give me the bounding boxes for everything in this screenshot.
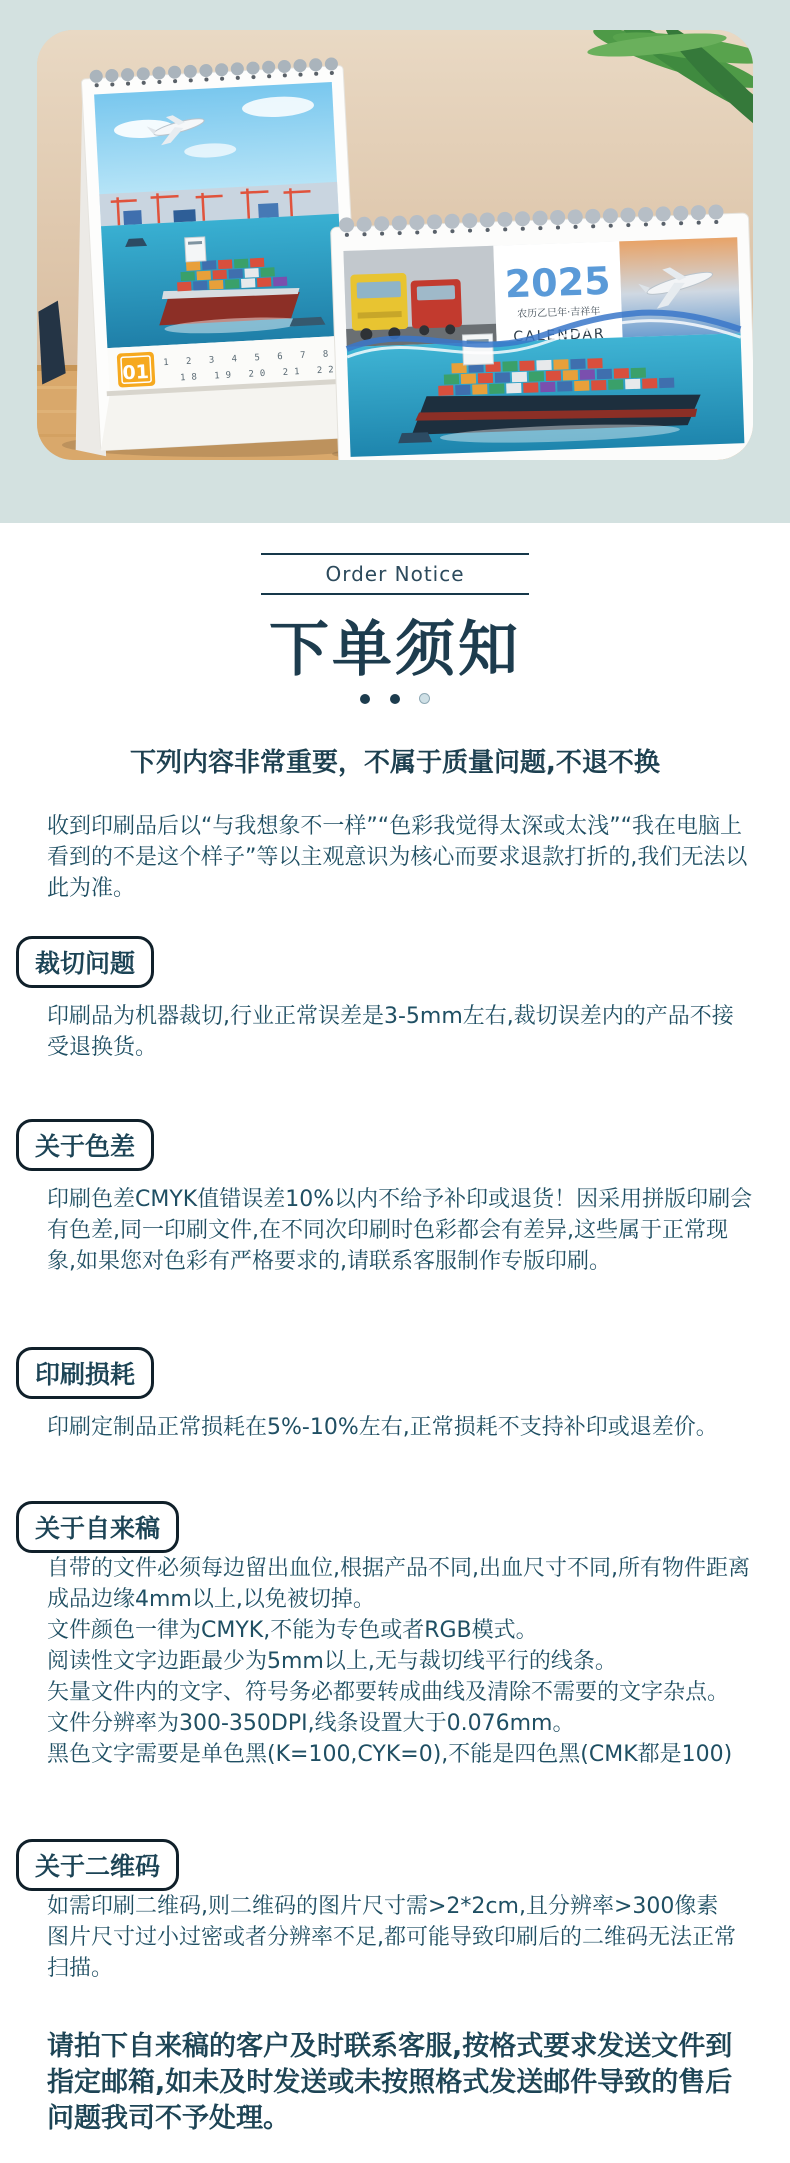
section-paragraph: 文件颜色一律为CMYK,不能为专色或者RGB模式。 — [47, 1615, 754, 1646]
calendar-year-text: 2025 — [504, 259, 611, 307]
section-paragraph: 印刷品为机器裁切,行业正常误差是3-5mm左右,裁切误差内的产品不接受退换货。 — [47, 1001, 754, 1063]
dot-hollow — [419, 693, 430, 704]
section-label: 印刷损耗 — [16, 1347, 154, 1399]
order-notice-content: Order Notice 下单须知 下列内容非常重要，不属于质量问题,不退不换 … — [0, 553, 790, 2163]
section-paragraph: 自带的文件必须每边留出血位,根据产品不同,出血尺寸不同,所有物件距离成品边缘4m… — [47, 1553, 754, 1615]
section-label: 关于二维码 — [16, 1839, 179, 1891]
month-tab-number: 01 — [122, 361, 150, 384]
product-detail-page: 01 1 2 3 4 5 6 7 8 9 10 18 19 20 21 22 2… — [0, 0, 790, 2163]
hero-band: 01 1 2 3 4 5 6 7 8 9 10 18 19 20 21 22 2… — [0, 0, 790, 523]
section-qr-code: 关于二维码 如需印刷二维码,则二维码的图片尺寸需>2*2cm,且分辨率>300像… — [0, 1839, 790, 1984]
section-print-loss: 印刷损耗 印刷定制品正常损耗在5%-10%左右,正常损耗不支持补印或退差价。 — [0, 1347, 790, 1443]
section-label: 裁切问题 — [16, 936, 154, 988]
section-paragraph: 印刷定制品正常损耗在5%-10%左右,正常损耗不支持补印或退差价。 — [47, 1412, 754, 1443]
order-notice-eyebrow: Order Notice — [261, 553, 529, 595]
right-desk-calendar: 2025 农历乙巳年·吉祥年 CALENDAR — [331, 211, 753, 460]
section-label: 关于自来稿 — [16, 1501, 179, 1553]
page-title: 下单须知 — [0, 619, 790, 681]
intro-paragraph: 收到印刷品后以“与我想象不一样”“色彩我觉得太深或太浅”“我在电脑上看到的不是这… — [47, 811, 754, 904]
right-calendar-picture: 2025 农历乙巳年·吉祥年 CALENDAR — [343, 237, 744, 457]
dot-filled — [360, 694, 370, 704]
divider-line — [261, 593, 529, 595]
section-paragraph: 矢量文件内的文字、符号务必都要转成曲线及清除不需要的文字杂点。 — [47, 1677, 754, 1708]
dot-filled — [390, 694, 400, 704]
section-paragraph: 文件分辨率为300-350DPI,线条设置大于0.076mm。 — [47, 1708, 754, 1739]
section-label: 关于色差 — [16, 1119, 154, 1171]
section-paragraph: 图片尺寸过小过密或者分辨率不足,都可能导致印刷后的二维码无法正常扫描。 — [47, 1922, 754, 1984]
section-paragraph: 印刷色差CMYK值错误差10%以内不给予补印或退货！因采用拼版印刷会有色差,同一… — [47, 1184, 754, 1277]
final-warning-note: 请拍下自来稿的客户及时联系客服,按格式要求发送文件到指定邮箱,如未及时发送或未按… — [47, 2029, 754, 2163]
product-photo: 01 1 2 3 4 5 6 7 8 9 10 18 19 20 21 22 2… — [37, 30, 753, 460]
section-paragraph: 如需印刷二维码,则二维码的图片尺寸需>2*2cm,且分辨率>300像素 — [47, 1891, 754, 1922]
section-own-artwork: 关于自来稿 自带的文件必须每边留出血位,根据产品不同,出血尺寸不同,所有物件距离… — [0, 1501, 790, 1770]
trucks-photo — [343, 246, 496, 347]
left-calendar-picture — [94, 82, 345, 348]
section-color-difference: 关于色差 印刷色差CMYK值错误差10%以内不给予补印或退货！因采用拼版印刷会有… — [0, 1119, 790, 1277]
section-paragraph: 黑色文字需要是单色黑(K=100,CYK=0),不能是四色黑(CMK都是100) — [47, 1739, 754, 1770]
eyebrow-text: Order Notice — [261, 555, 529, 593]
desk-calendar-scene: 01 1 2 3 4 5 6 7 8 9 10 18 19 20 21 22 2… — [37, 30, 753, 460]
dots-ornament — [0, 693, 790, 704]
section-paragraph: 阅读性文字边距最少为5mm以上,无与裁切线平行的线条。 — [47, 1646, 754, 1677]
important-subtitle: 下列内容非常重要，不属于质量问题,不退不换 — [20, 742, 770, 779]
section-cutting: 裁切问题 印刷品为机器裁切,行业正常误差是3-5mm左右,裁切误差内的产品不接受… — [0, 936, 790, 1063]
